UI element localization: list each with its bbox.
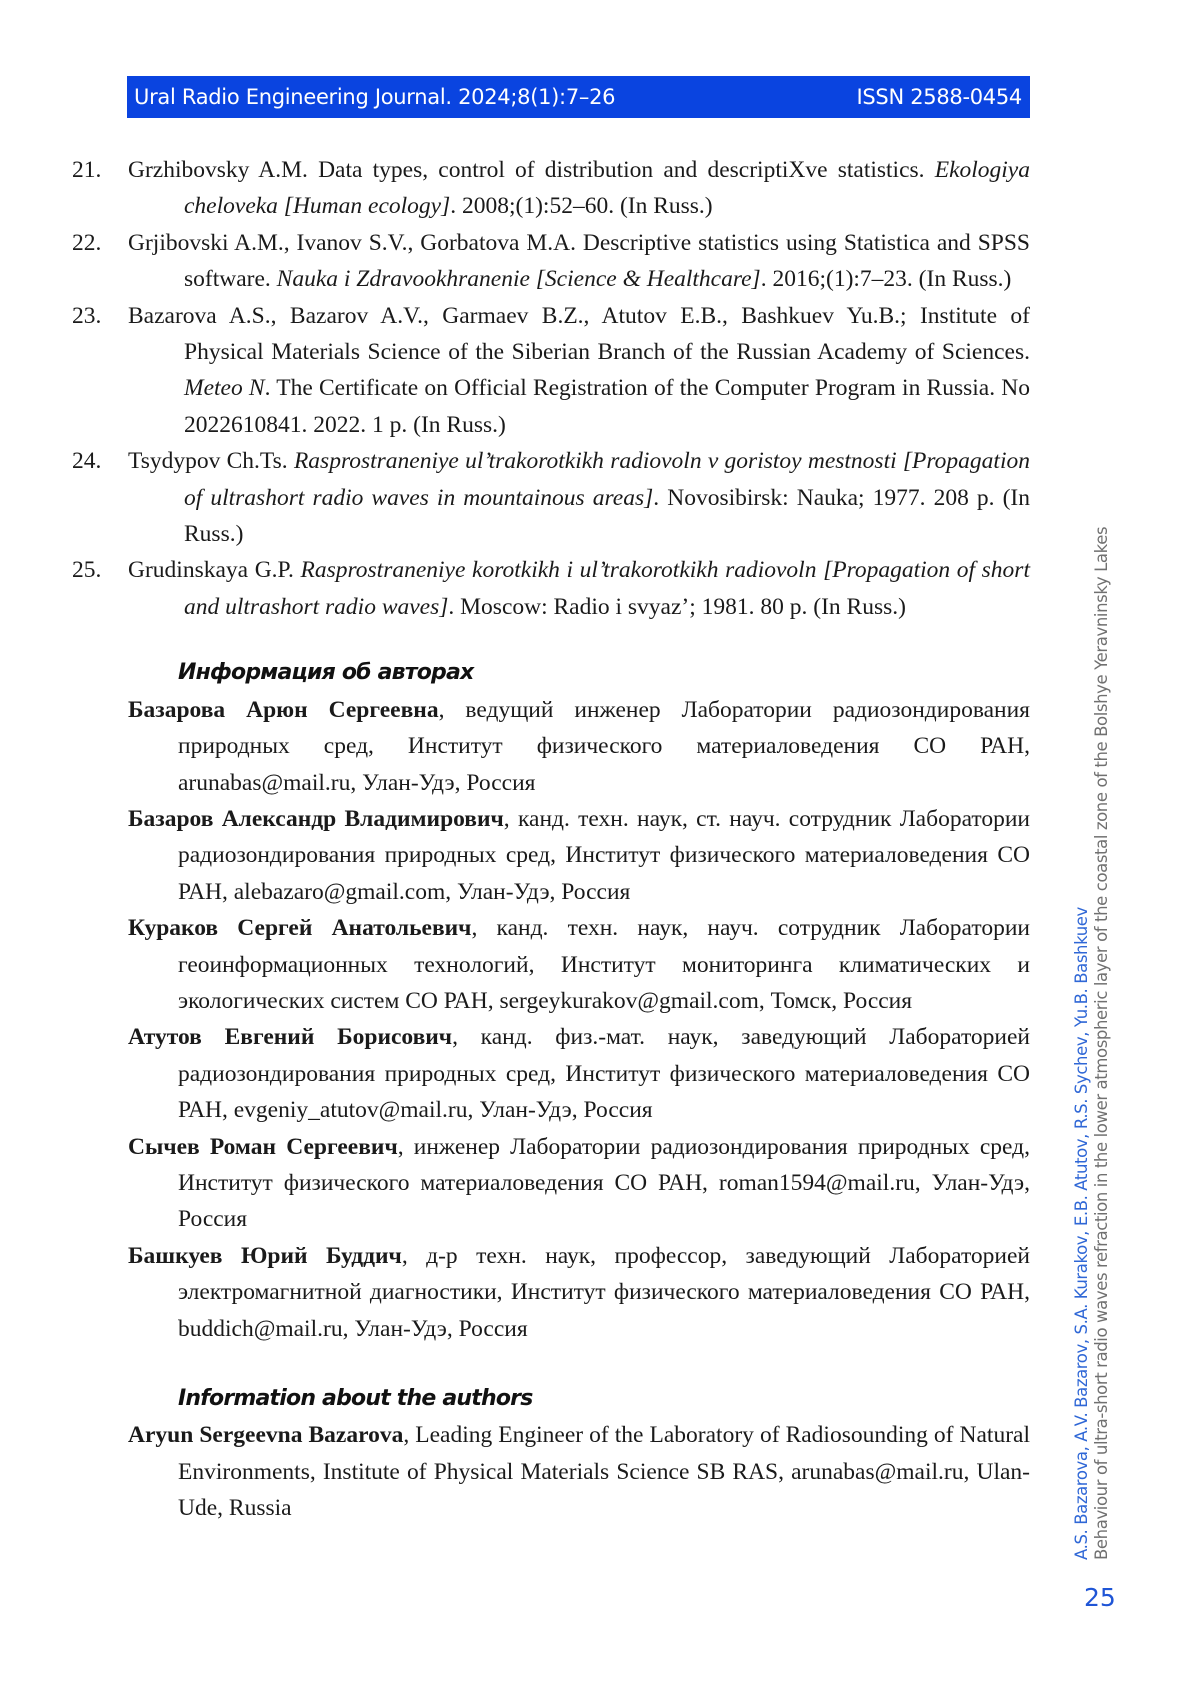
reference-text: . Moscow: Radio i svyaz’; 1981. 80 p. (I… xyxy=(448,594,906,620)
author-name: Кураков Сергей Анатольевич xyxy=(128,915,471,941)
side-authors: A.S. Bazarova, A.V. Bazarov, S.A. Kurako… xyxy=(1072,527,1092,1560)
reference-text: Bazarova A.S., Bazarov A.V., Garmaev B.Z… xyxy=(128,303,1030,365)
reference-text: Tsydypov Ch.Ts. xyxy=(128,448,294,474)
reference-item: 24. Tsydypov Ch.Ts. Rasprostraneniye ul’… xyxy=(128,443,1030,552)
page-number: 25 xyxy=(1084,1583,1116,1612)
reference-text: . The Certificate on Official Registrati… xyxy=(184,375,1030,437)
authors-ru-list: Базарова Арюн Сергеевна, ведущий инженер… xyxy=(128,692,1030,1347)
reference-list: 21. Grzhibovsky A.M. Data types, control… xyxy=(128,152,1030,625)
author-name: Базарова Арюн Сергеевна xyxy=(128,697,439,723)
author-entry: Базарова Арюн Сергеевна, ведущий инженер… xyxy=(128,692,1030,801)
author-entry: Aryun Sergeevna Bazarova, Leading Engine… xyxy=(128,1417,1030,1526)
reference-source: Nauka i Zdravookhranenie [Science & Heal… xyxy=(277,266,761,292)
reference-item: 25. Grudinskaya G.P. Rasprostraneniye ko… xyxy=(128,552,1030,625)
authors-en-heading: Information about the authors xyxy=(128,1381,1030,1417)
author-name: Башкуев Юрий Буддич xyxy=(128,1243,402,1269)
issn: ISSN 2588-0454 xyxy=(856,85,1022,109)
author-entry: Базаров Александр Владимирович, канд. те… xyxy=(128,801,1030,910)
author-name: Aryun Sergeevna Bazarova xyxy=(128,1422,403,1448)
author-name: Сычев Роман Сергеевич xyxy=(128,1134,398,1160)
reference-item: 23. Bazarova A.S., Bazarov A.V., Garmaev… xyxy=(128,298,1030,444)
author-name: Базаров Александр Владимирович xyxy=(128,806,504,832)
reference-item: 21. Grzhibovsky A.M. Data types, control… xyxy=(128,152,1030,225)
author-entry: Атутов Евгений Борисович, канд. физ.-мат… xyxy=(128,1019,1030,1128)
author-entry: Кураков Сергей Анатольевич, канд. техн. … xyxy=(128,910,1030,1019)
side-article-title: Behaviour of ultra-short radio waves ref… xyxy=(1092,527,1112,1560)
author-entry: Башкуев Юрий Буддич, д-р техн. наук, про… xyxy=(128,1238,1030,1347)
authors-ru-heading: Информация об авторах xyxy=(128,655,1030,691)
journal-citation: Ural Radio Engineering Journal. 2024;8(1… xyxy=(134,85,615,109)
running-header: Ural Radio Engineering Journal. 2024;8(1… xyxy=(127,76,1030,118)
reference-item: 22. Grjibovski A.M., Ivanov S.V., Gorbat… xyxy=(128,225,1030,298)
authors-en-list: Aryun Sergeevna Bazarova, Leading Engine… xyxy=(128,1417,1030,1526)
side-running-title: A.S. Bazarova, A.V. Bazarov, S.A. Kurako… xyxy=(1072,527,1112,1560)
reference-text: . 2016;(1):7–23. (In Russ.) xyxy=(761,266,1012,292)
reference-text: Grzhibovsky A.M. Data types, control of … xyxy=(128,157,935,183)
reference-text: . 2008;(1):52–60. (In Russ.) xyxy=(450,193,712,219)
author-name: Атутов Евгений Борисович xyxy=(128,1024,452,1050)
text-column: 21. Grzhibovsky A.M. Data types, control… xyxy=(128,152,1030,1527)
reference-source: Meteo N xyxy=(184,375,265,401)
reference-text: Grudinskaya G.P. xyxy=(128,557,301,583)
author-entry: Сычев Роман Сергеевич, инженер Лаборатор… xyxy=(128,1129,1030,1238)
